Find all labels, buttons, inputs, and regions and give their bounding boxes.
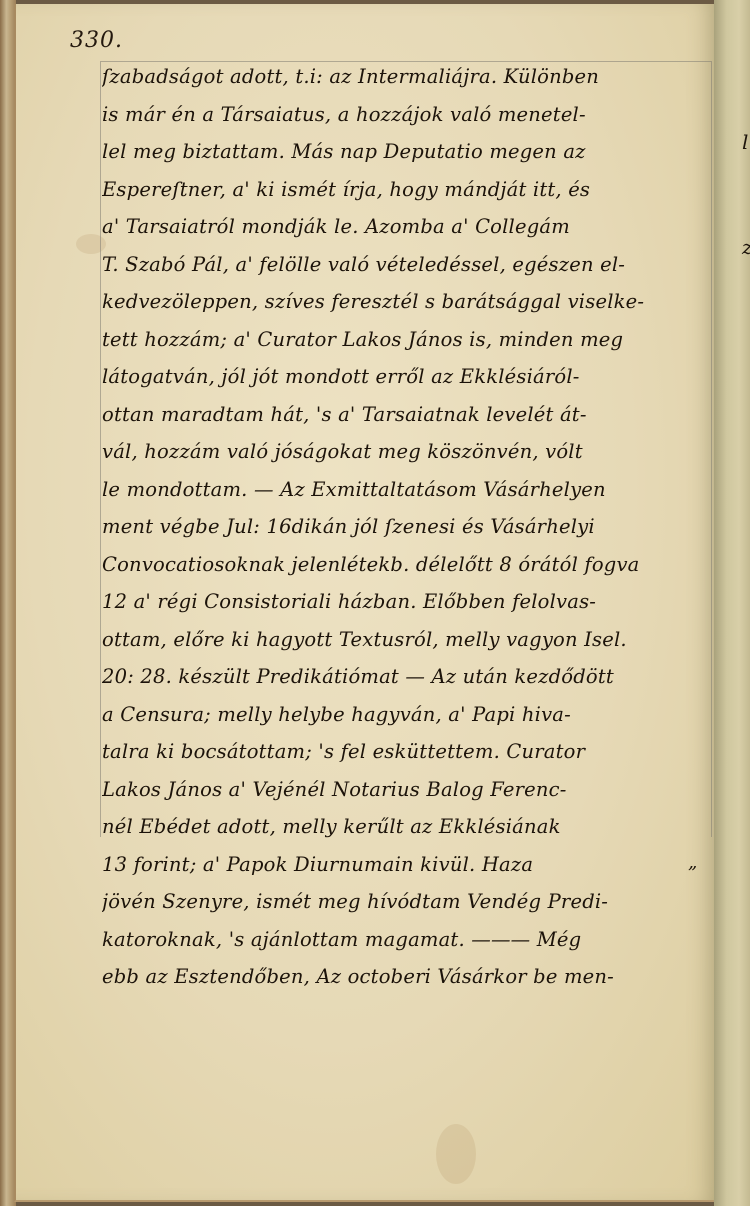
text-line: katoroknak, 's ajánlottam magamat. ——— M… — [102, 921, 714, 959]
text-line: a Censura; melly helybe hagyván, a' Papi… — [102, 696, 714, 734]
text-line: Lakos János a' Vejénél Notarius Balog Fe… — [102, 771, 714, 809]
text-line: ottam, előre ki hagyott Textusról, melly… — [102, 621, 714, 659]
text-line: 20: 28. készült Predikátiómat — Az után … — [102, 658, 714, 696]
text-line: vál, hozzám való jóságokat meg köszönvén… — [102, 433, 714, 471]
binding-gutter — [714, 0, 750, 1206]
text-line: T. Szabó Pál, a' felölle való vételedéss… — [102, 246, 714, 284]
text-line: jövén Szenyre, ismét meg hívódtam Vendég… — [102, 883, 714, 921]
text-line: ebb az Esztendőben, Az octoberi Vásárkor… — [102, 958, 714, 996]
text-line: talra ki bocsátottam; 's fel esküttettem… — [102, 733, 714, 771]
book-scan: l z 330. ſzabadságot adott, t.i: az Inte… — [0, 0, 750, 1206]
text-line: Espereſtner, a' ki ismét írja, hogy mánd… — [102, 171, 714, 209]
text-line: nél Ebédet adott, melly kerűlt az Ekklés… — [102, 808, 714, 846]
paper-stain — [436, 1124, 476, 1184]
text-line: ſzabadságot adott, t.i: az Intermaliájra… — [102, 58, 714, 96]
text-line: 12 a' régi Consistoriali házban. Előbben… — [102, 583, 714, 621]
page-number: 330. — [70, 28, 123, 53]
text-line: a' Tarsaiatról mondják le. Azomba a' Col… — [102, 208, 714, 246]
text-line: lel meg biztattam. Más nap Deputatio meg… — [102, 133, 714, 171]
text-line: Convocatiosoknak jelenlétekb. délelőtt 8… — [102, 546, 714, 584]
text-line: le mondottam. — Az Exmittaltatásom Vásár… — [102, 471, 714, 509]
text-line: 13 forint; a' Papok Diurnumain kivül. Ha… — [102, 846, 714, 884]
catchword-mark: „ — [688, 852, 697, 873]
text-line: látogatván, jól jót mondott erről az Ekk… — [102, 358, 714, 396]
text-line: tett hozzám; a' Curator Lakos János is, … — [102, 321, 714, 359]
text-line: ment végbe Jul: 16dikán jól ſzenesi és V… — [102, 508, 714, 546]
text-line: kedvezöleppen, szíves feresztél s baráts… — [102, 283, 714, 321]
handwritten-text: ſzabadságot adott, t.i: az Intermaliájra… — [102, 58, 714, 996]
facing-page-mark: z — [742, 235, 750, 259]
text-line: ottan maradtam hát, 's a' Tarsaiatnak le… — [102, 396, 714, 434]
text-line: is már én a Társaiatus, a hozzájok való … — [102, 96, 714, 134]
facing-page-mark: l — [742, 130, 748, 154]
